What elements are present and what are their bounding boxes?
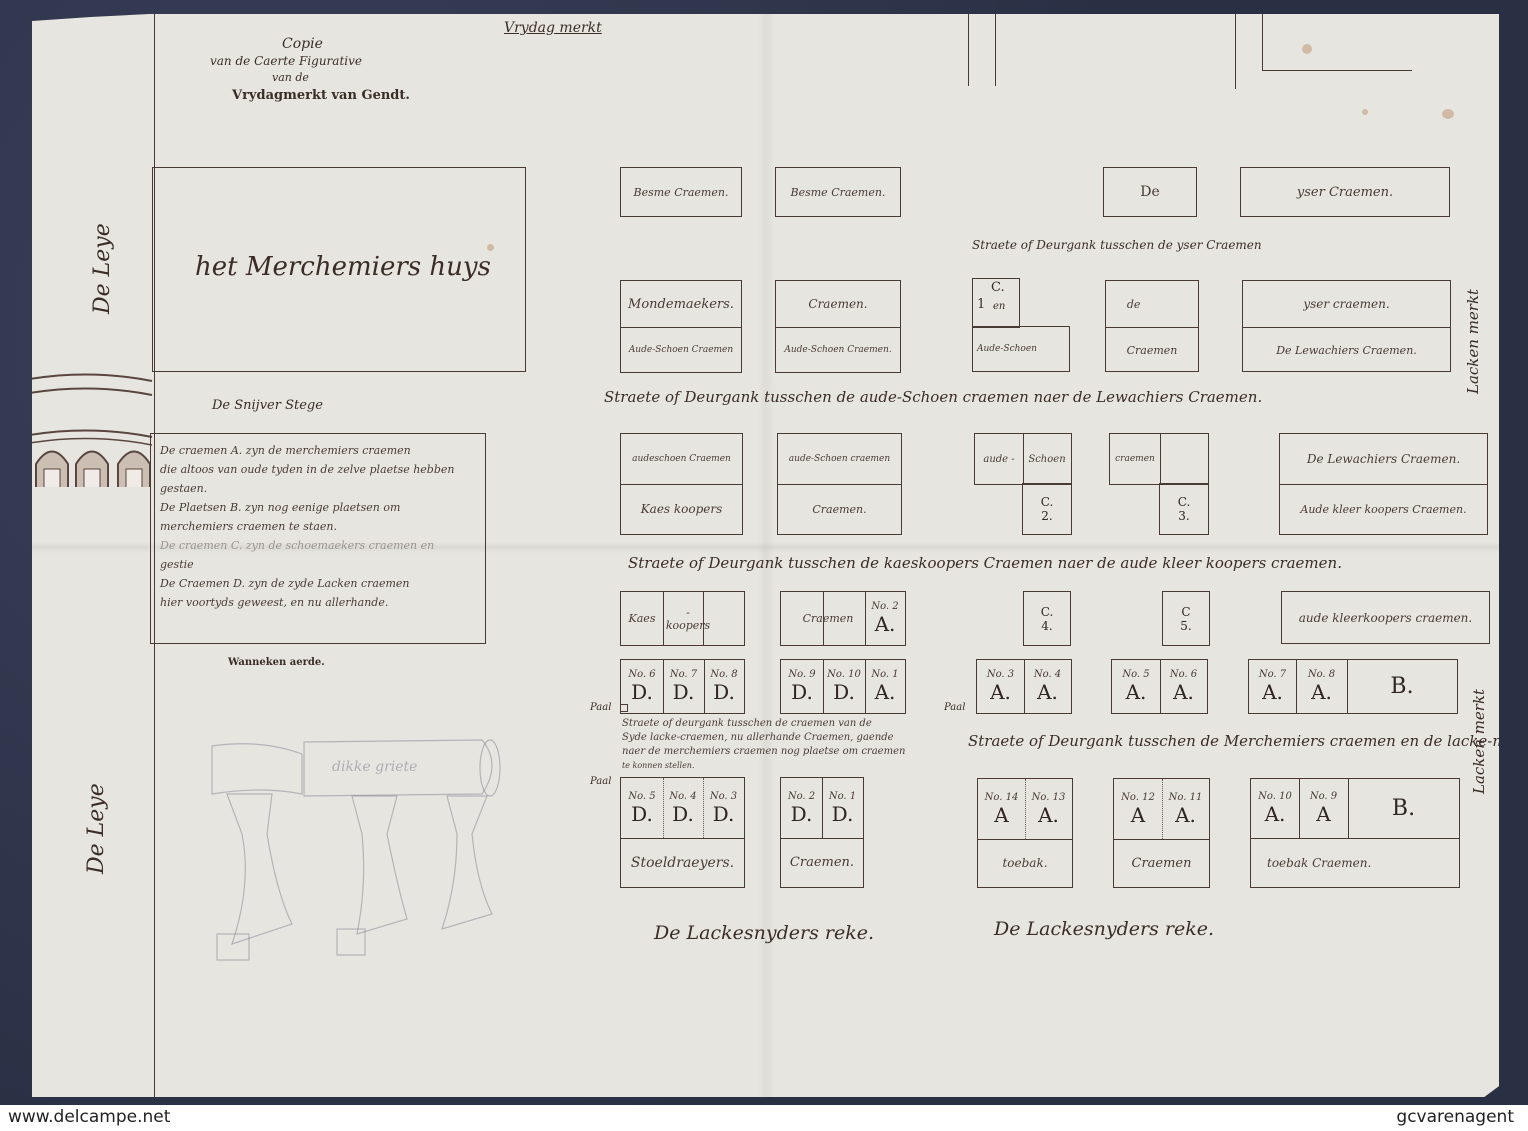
stall-letter: A. <box>875 612 896 636</box>
stall-a1[interactable]: No. 1A. <box>865 660 905 713</box>
stall-c-letter: C. <box>1178 495 1191 509</box>
street-label-merchemiers: Straete of Deurgank tusschen de Merchemi… <box>968 732 1528 750</box>
stall-a12[interactable]: No. 12A <box>1114 779 1162 839</box>
stall-a3[interactable]: No. 3A. <box>977 660 1024 713</box>
footer-strip <box>0 1105 1528 1131</box>
stall-number: No. 7 <box>1259 669 1286 680</box>
stall-letter: A <box>1131 803 1145 827</box>
stall-lewachiers-kleerkoopers[interactable]: De Lewachiers Craemen. Aude kleer kooper… <box>1279 433 1488 535</box>
stall-label-top: Craemen. <box>776 281 900 327</box>
stall-aude-kleerkoopers[interactable]: aude kleerkoopers craemen. <box>1281 591 1490 644</box>
stall-d7[interactable]: No. 7D. <box>663 660 704 713</box>
street-line <box>1235 14 1236 89</box>
stall-label-mid: Craemen <box>793 592 863 645</box>
stall-label-top: De Lewachiers Craemen. <box>1280 434 1487 484</box>
stall-group-a12-a11-craemen[interactable]: No. 12A No. 11A. Craemen <box>1113 778 1210 888</box>
stall-a14[interactable]: No. 14A <box>978 779 1025 839</box>
stall-group-a14-a13-toebak[interactable]: No. 14A No. 13A. toebak. <box>977 778 1073 888</box>
stall-yser-craemen[interactable]: yser Craemen. <box>1240 167 1450 217</box>
stall-c-number: 1 <box>977 297 985 312</box>
stall-a7[interactable]: No. 7A. <box>1249 660 1296 713</box>
title-line-2: van de Caerte Figurative <box>210 54 362 68</box>
foxing-stain <box>1442 109 1454 119</box>
stall-number: No. 3 <box>710 791 737 802</box>
stall-d4[interactable]: No. 4D. <box>663 778 703 838</box>
stall-letter: A. <box>1262 680 1283 704</box>
stall-besme-craemen-2[interactable]: Besme Craemen. <box>775 167 901 217</box>
stall-craemen-a2[interactable]: Craemen No. 2 A. <box>780 591 906 646</box>
sketch-label: dikke griete <box>332 759 417 775</box>
stall-label-bottom: Kaes koopers <box>621 484 742 534</box>
stall-d2[interactable]: No. 2D. <box>781 778 822 838</box>
legend-text: De craemen A. zyn de merchemiers craemen… <box>160 441 480 612</box>
stall-number: No. 9 <box>1310 791 1337 802</box>
stall-letter: D. <box>672 802 694 826</box>
stall-d3[interactable]: No. 3D. <box>703 778 744 838</box>
street-note-line: te konnen stellen. <box>622 759 905 773</box>
title-line-4: Vrydagmerkt van Gendt. <box>232 88 410 103</box>
foxing-stain <box>1302 44 1312 54</box>
stall-label-bottom: Aude kleer koopers Craemen. <box>1280 484 1487 534</box>
stall-group-a3-a4[interactable]: No. 3A. No. 4A. <box>976 659 1072 714</box>
stall-number: No. 2 <box>788 791 815 802</box>
lackesnyders-row-label-1: De Lackesnyders reke. <box>654 922 874 944</box>
stall-number: No. 1 <box>871 669 898 680</box>
stall-kaes-koopers-row4[interactable]: Kaes - koopers <box>620 591 745 646</box>
stall-d10[interactable]: No. 10D. <box>823 660 865 713</box>
stall-number: No. 5 <box>1122 669 1149 680</box>
stall-number: No. 7 <box>670 669 697 680</box>
watermark-right: gcvarenagent <box>1396 1107 1514 1127</box>
stall-label-top: aude-Schoen craemen <box>778 434 901 484</box>
stall-c2[interactable]: C. 2. <box>1022 483 1072 535</box>
stall-de-craemen[interactable]: de Craemen <box>1105 280 1199 372</box>
stall-label-bottom: Craemen <box>1106 327 1198 373</box>
stall-number: No. 5 <box>628 791 655 802</box>
stall-group-d9-a1[interactable]: No. 9D. No. 10D. No. 1A. <box>780 659 906 714</box>
stall-number: No. 2 <box>871 601 898 612</box>
stall-label-mid: - koopers <box>663 592 713 645</box>
stall-letter: A. <box>875 680 896 704</box>
legend-line: De craemen A. zyn de merchemiers craemen <box>160 441 480 460</box>
stall-number: No. 4 <box>1034 669 1061 680</box>
stall-letter: D. <box>631 680 653 704</box>
legend-line: De Craemen D. zyn de zyde Lacken craemen <box>160 574 480 593</box>
stall-craemen-aude-schoen[interactable]: Craemen. Aude-Schoen Craemen. <box>775 280 901 373</box>
stall-letter: A. <box>990 680 1011 704</box>
paal-marker <box>620 704 628 712</box>
foxing-stain <box>1362 109 1368 115</box>
street-note-syde-lacke: Straete of deurgank tusschen de craemen … <box>622 717 905 773</box>
stall-c-number: 4. <box>1041 619 1052 633</box>
paal-label: Paal <box>944 702 965 713</box>
stall-c-letter: C. <box>991 280 1005 295</box>
stall-letter: A. <box>1175 803 1196 827</box>
stall-label-bottom: Aude-Schoen Craemen. <box>776 327 900 373</box>
map-sheet: Copie van de Caerte Figurative van de Vr… <box>32 14 1499 1097</box>
stall-c-number: 5. <box>1180 619 1191 633</box>
stall-letter: A <box>994 803 1008 827</box>
stall-number: No. 4 <box>669 791 696 802</box>
stall-label-bottom: Craemen. <box>781 838 863 887</box>
stall-c-letter: C. <box>1041 495 1054 509</box>
street-label-yser: Straete of Deurgank tusschen de yser Cra… <box>972 238 1262 252</box>
stall-label-bottom: Aude-Schoen Craemen <box>621 327 741 373</box>
stall-label-bottom: toebak Craemen. <box>1251 838 1459 887</box>
stall-letter: D. <box>791 802 813 826</box>
stall-kaes-koopers[interactable]: audeschoen Craemen Kaes koopers <box>620 433 743 535</box>
stall-number: No. 3 <box>987 669 1014 680</box>
stall-number: No. 6 <box>1170 669 1197 680</box>
stall-a8[interactable]: No. 8A. <box>1296 660 1347 713</box>
stall-letter: D. <box>713 802 735 826</box>
pencil-sketch: dikke griete <box>182 734 522 974</box>
legend-line: hier voortyds geweest, en nu allerhande. <box>160 593 480 612</box>
stall-letter: A. <box>1126 680 1147 704</box>
stall-c3[interactable]: C. 3. <box>1159 483 1209 535</box>
stall-c-letter: C <box>1181 605 1190 619</box>
stall-number: No. 11 <box>1169 792 1203 803</box>
right-street-label-top: Lacken merkt <box>1464 289 1482 394</box>
stall-letter: B. <box>1392 796 1415 821</box>
stall-number: No. 8 <box>710 669 737 680</box>
stall-craemen-c3[interactable]: craemen <box>1109 433 1209 485</box>
stall-d5[interactable]: No. 5D. <box>621 778 663 838</box>
stall-d8[interactable]: No. 8D. <box>704 660 744 713</box>
stall-letter: A. <box>1173 680 1194 704</box>
stall-c-number: 2. <box>1041 509 1052 523</box>
stall-aude-schoen-lower[interactable]: Aude-Schoen <box>972 326 1070 372</box>
stall-number: No. 14 <box>985 792 1019 803</box>
stall-letter: B. <box>1390 674 1413 699</box>
stall-number: No. 10 <box>827 669 861 680</box>
stall-label-left: craemen <box>1110 434 1160 484</box>
stall-letter: A. <box>1311 680 1332 704</box>
watermark-left: www.delcampe.net <box>8 1107 170 1127</box>
stall-yser-de[interactable]: De <box>1103 167 1197 217</box>
stall-label-bottom: Craemen. <box>778 484 901 534</box>
street-line <box>1262 14 1263 70</box>
legend-line: De Plaetsen B. zyn nog eenige plaetsen o… <box>160 498 480 517</box>
stall-a5[interactable]: No. 5A. <box>1112 660 1160 713</box>
legend-line: De craemen C. zyn de schoemaekers craeme… <box>160 536 480 555</box>
merchants-house-label: het Merchemiers huys <box>195 252 491 282</box>
street-label-kaeskoopers: Straete of Deurgank tusschen de kaeskoop… <box>628 554 1342 572</box>
stall-label-right: Schoen <box>1023 434 1071 484</box>
bridge-drawing <box>30 369 154 494</box>
stall-number: No. 12 <box>1121 792 1155 803</box>
stall-c-letter: C. <box>1041 605 1054 619</box>
river-label-bottom: De Leye <box>84 783 109 874</box>
stall-label-bottom: De Lewachiers Craemen. <box>1243 327 1450 373</box>
street-line <box>968 14 969 86</box>
stall-a9[interactable]: No. 9A <box>1299 779 1348 838</box>
street-note-line: Syde lacke-craemen, nu allerhande Craeme… <box>622 731 905 745</box>
lackesnyders-row-label-2: De Lackesnyders reke. <box>994 918 1214 940</box>
stall-label-left: aude - <box>975 434 1023 484</box>
stall-mondemaekers[interactable]: Mondemaekers. Aude-Schoen Craemen <box>620 280 742 373</box>
stall-aude-schoen-c2[interactable]: aude - Schoen <box>974 433 1072 485</box>
stall-group-a10-a9-b-toebak[interactable]: No. 10A. No. 9A B. toebak Craemen. <box>1250 778 1460 888</box>
stall-letter: D. <box>631 802 653 826</box>
stall-d9[interactable]: No. 9D. <box>781 660 823 713</box>
stall-label-bottom: Craemen <box>1114 839 1209 887</box>
stall-letter: D. <box>791 680 813 704</box>
stall-group-d5-d3-stoeldraeyers[interactable]: No. 5D. No. 4D. No. 3D. Stoeldraeyers. <box>620 777 745 888</box>
stall-a13[interactable]: No. 13A. <box>1025 779 1072 839</box>
stall-b-place[interactable]: B. <box>1348 779 1459 838</box>
stall-label-top: audeschoen Craemen <box>621 434 742 484</box>
stall-number: No. 9 <box>788 669 815 680</box>
top-street-label: Vrydag merkt <box>504 20 602 36</box>
street-line <box>995 14 996 86</box>
legend-line: gestie <box>160 555 480 574</box>
stall-letter: A. <box>1038 803 1059 827</box>
stall-number: No. 10 <box>1258 791 1292 802</box>
stall-label-left: Kaes <box>621 592 663 645</box>
legend-line: merchemiers craemen te staen. <box>160 517 480 536</box>
stall-number: No. 1 <box>829 791 856 802</box>
stall-group-d6-d8[interactable]: No. 6D. No. 7D. No. 8D. <box>620 659 745 714</box>
street-label-aude-schoen: Straete of Deurgank tusschen de aude-Sch… <box>604 388 1262 406</box>
stall-d1[interactable]: No. 1D. <box>822 778 863 838</box>
stall-number: No. 8 <box>1308 669 1335 680</box>
paal-label: Paal <box>590 776 611 787</box>
lane-label: De Snijver Stege <box>212 398 323 413</box>
paal-label: Paal <box>590 702 611 713</box>
stall-number: No. 13 <box>1032 792 1066 803</box>
legend-line: gestaen. <box>160 479 480 498</box>
stall-label-bottom: toebak. <box>978 839 1072 887</box>
stall-b-place[interactable]: B. <box>1347 660 1457 713</box>
stall-letter: A. <box>1265 802 1286 826</box>
stall-a4[interactable]: No. 4A. <box>1024 660 1071 713</box>
stall-label-top: de <box>1106 281 1161 327</box>
stall-group-a5-a6[interactable]: No. 5A. No. 6A. <box>1111 659 1208 714</box>
stall-a11[interactable]: No. 11A. <box>1162 779 1209 839</box>
stall-letter: D. <box>832 802 854 826</box>
stall-letter: A <box>1316 802 1330 826</box>
title-line-3: van de <box>272 71 309 84</box>
stall-number: No. 6 <box>628 669 655 680</box>
stall-besme-craemen-1[interactable]: Besme Craemen. <box>620 167 742 217</box>
title-line-1: Copie <box>282 36 323 52</box>
stall-c-number: 3. <box>1178 509 1189 523</box>
street-note-line: Straete of deurgank tusschen de craemen … <box>622 717 905 731</box>
stall-group-d2-d1-craemen[interactable]: No. 2D. No. 1D. Craemen. <box>780 777 864 888</box>
street-line <box>1262 70 1412 71</box>
legend-line: die altoos van oude tyden in de zelve pl… <box>160 460 480 479</box>
stall-a6[interactable]: No. 6A. <box>1160 660 1207 713</box>
ground-label: Wanneken aerde. <box>228 657 325 668</box>
stall-letter: D. <box>713 680 735 704</box>
stall-letter: A. <box>1037 680 1058 704</box>
stall-label-bottom: Stoeldraeyers. <box>621 838 744 887</box>
stall-group-a7-a8-b[interactable]: No. 7A. No. 8A. B. <box>1248 659 1458 714</box>
stall-letter: D. <box>833 680 855 704</box>
stall-letter: D. <box>673 680 695 704</box>
stall-label-top: yser craemen. <box>1243 281 1450 327</box>
stall-a10[interactable]: No. 10A. <box>1251 779 1299 838</box>
street-note-line: naer de merchemiers craemen nog plaetse … <box>622 745 905 759</box>
stall-label-top: Mondemaekers. <box>621 281 741 327</box>
stall-c1-upper[interactable]: C. 1 en <box>972 278 1020 328</box>
stall-yser-lewachiers[interactable]: yser craemen. De Lewachiers Craemen. <box>1242 280 1451 372</box>
stall-c4[interactable]: C. 4. <box>1023 591 1071 646</box>
stall-c5[interactable]: C 5. <box>1162 591 1210 646</box>
stall-c-en: en <box>993 301 1005 312</box>
river-label-top: De Leye <box>90 223 115 314</box>
stall-aude-schoen-craemen[interactable]: aude-Schoen craemen Craemen. <box>777 433 902 535</box>
